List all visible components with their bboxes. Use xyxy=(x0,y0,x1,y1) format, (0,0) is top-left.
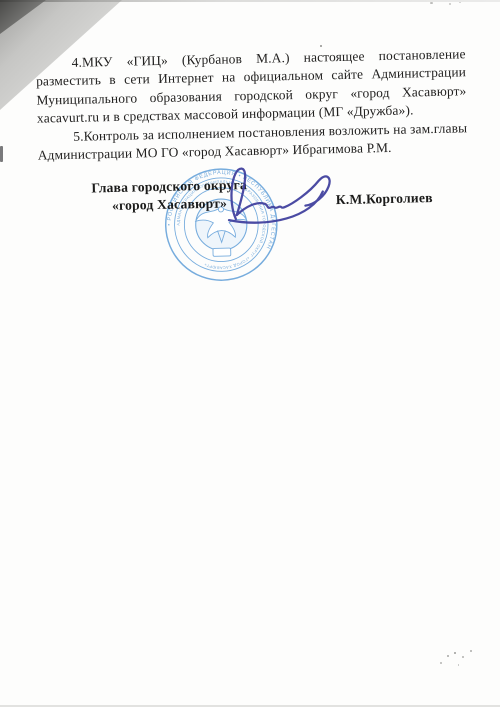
stamp-number-box xyxy=(213,248,231,256)
paragraph-4: 4.МКУ «ГИЦ» (Курбанов М.А.) настоящее по… xyxy=(36,45,468,128)
signer-name: К.М.Корголиев xyxy=(336,190,433,208)
body-text: 4.МКУ «ГИЦ» (Курбанов М.А.) настоящее по… xyxy=(36,45,468,165)
document-content: 4.МКУ «ГИЦ» (Курбанов М.А.) настоящее по… xyxy=(0,0,500,707)
handwritten-signature xyxy=(218,155,338,238)
scanned-page: 4.МКУ «ГИЦ» (Курбанов М.А.) настоящее по… xyxy=(0,0,500,707)
